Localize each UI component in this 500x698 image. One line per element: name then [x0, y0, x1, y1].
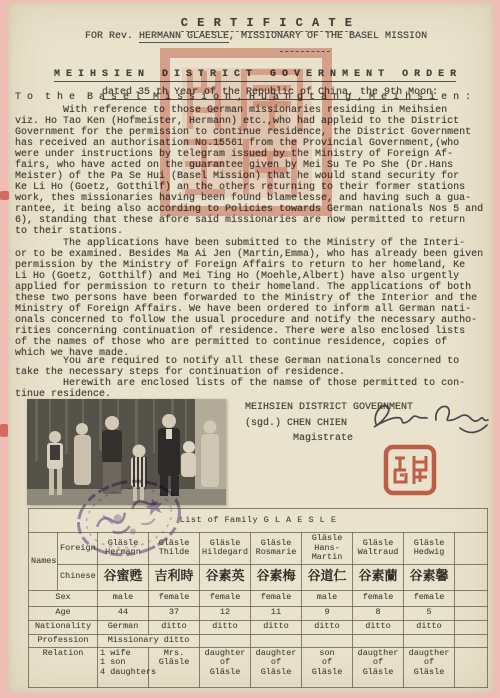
relation-cell: daughter of Gläsle	[200, 647, 251, 687]
empty-cell	[404, 634, 455, 647]
subtitle-prefix: FOR Rev.	[85, 31, 139, 42]
body-paragraph-2: The applications have been submitted to …	[15, 238, 483, 359]
age-cell: 9	[302, 606, 353, 620]
document-page: C E R T I F I C A T E FOR Rev. HERMANN G…	[8, 2, 493, 693]
profession-row: Profession Missionary ditto	[29, 634, 488, 647]
names-label: Names	[29, 533, 58, 591]
empty-cell	[455, 533, 488, 565]
table-title-row: List of Family G L A E S L E	[29, 509, 488, 533]
nationality-cell: ditto	[251, 620, 302, 634]
empty-cell	[200, 634, 251, 647]
chinese-name-cell: 谷素英	[200, 564, 251, 590]
foreign-name-cell: Gläsle Hans- Martin	[302, 533, 353, 565]
magistrate-seal	[383, 444, 437, 496]
sex-cell: male	[302, 590, 353, 606]
empty-cell	[455, 620, 488, 634]
foreign-name-cell: Gläsle Thilde	[149, 533, 200, 565]
relation-row: Relation 1 wife 1 son 4 daughters Mrs. G…	[29, 647, 488, 687]
certificate-title-text: C E R T I F I C A T E	[181, 18, 353, 32]
foreign-name-cell: Gläsle Hedwig	[404, 533, 455, 565]
government-seal	[158, 46, 334, 218]
nationality-cell: ditto	[302, 620, 353, 634]
age-cell: 5	[404, 606, 455, 620]
empty-cell	[353, 634, 404, 647]
sex-cell: female	[353, 590, 404, 606]
nationality-cell: ditto	[404, 620, 455, 634]
relation-cell: daugther of Gläsle	[404, 647, 455, 687]
age-cell: 12	[200, 606, 251, 620]
profession-cell: Missionary ditto	[98, 634, 200, 647]
nationality-row: Nationality German ditto ditto ditto dit…	[29, 620, 488, 634]
age-cell: 44	[98, 606, 149, 620]
relation-cell: 1 wife 1 son 4 daughters	[98, 647, 149, 687]
relation-cell: daughter of Gläsle	[251, 647, 302, 687]
age-cell: 8	[353, 606, 404, 620]
nationality-label: Nationality	[29, 620, 98, 634]
magistrate-signature	[364, 394, 492, 446]
foreign-name-cell: Gläsle Waltraud	[353, 533, 404, 565]
empty-cell	[251, 634, 302, 647]
age-row: Age 44 37 12 11 9 8 5	[29, 606, 488, 620]
foreign-name-cell: Gläsle Rosmarie	[251, 533, 302, 565]
chinese-name-cell: 谷素馨	[404, 564, 455, 590]
chinese-name-cell: 谷道仁	[302, 564, 353, 590]
subtitle-suffix: , MISSIONARY OF THE BASEL MISSION	[229, 31, 427, 42]
chinese-name-cell: 吉利時	[149, 564, 200, 590]
relation-label: Relation	[29, 647, 98, 687]
nationality-cell: ditto	[200, 620, 251, 634]
empty-cell	[302, 634, 353, 647]
chinese-names-row: Chinese 谷蜜甦 吉利時 谷素英 谷素梅 谷道仁 谷素蘭 谷素馨	[29, 564, 488, 590]
foreign-name-cell: Gläsle Hildegard	[200, 533, 251, 565]
chinese-label: Chinese	[58, 564, 98, 590]
empty-cell	[455, 564, 488, 590]
sex-cell: female	[404, 590, 455, 606]
scanned-certificate: { "document": { "title": "C E R T I F I …	[0, 0, 500, 698]
sex-cell: female	[149, 590, 200, 606]
nationality-cell: German	[98, 620, 149, 634]
red-edge-mark	[0, 424, 8, 437]
empty-cell	[455, 590, 488, 606]
certificate-subtitle: FOR Rev. HERMANN GLAESLE, MISSIONARY OF …	[85, 31, 427, 42]
foreign-name-cell: Gläsle Hermann	[98, 533, 149, 565]
relation-cell: Mrs. Gläsle	[149, 647, 200, 687]
foreign-label: Foreign	[58, 533, 98, 565]
nationality-cell: ditto	[149, 620, 200, 634]
empty-cell	[455, 606, 488, 620]
age-label: Age	[29, 606, 98, 620]
sex-label: Sex	[29, 590, 98, 606]
empty-cell	[455, 634, 488, 647]
sex-row: Sex male female female female male femal…	[29, 590, 488, 606]
chinese-name-cell: 谷素梅	[251, 564, 302, 590]
relation-cell: son of Gläsle	[302, 647, 353, 687]
sex-cell: female	[200, 590, 251, 606]
family-table: List of Family G L A E S L E Names Forei…	[28, 508, 488, 688]
empty-cell	[455, 647, 488, 687]
chinese-name-cell: 谷素蘭	[353, 564, 404, 590]
missionary-name: HERMANN GLAESLE	[139, 31, 229, 43]
table-title: List of Family G L A E S L E	[29, 509, 488, 533]
age-cell: 11	[251, 606, 302, 620]
profession-label: Profession	[29, 634, 98, 647]
nationality-cell: ditto	[353, 620, 404, 634]
foreign-names-row: Names Foreign Gläsle Hermann Gläsle Thil…	[29, 533, 488, 565]
relation-cell: daugther of Gläsle	[353, 647, 404, 687]
chinese-name-cell: 谷蜜甦	[98, 564, 149, 590]
sex-cell: male	[98, 590, 149, 606]
red-edge-mark	[0, 191, 9, 200]
sex-cell: female	[251, 590, 302, 606]
age-cell: 37	[149, 606, 200, 620]
